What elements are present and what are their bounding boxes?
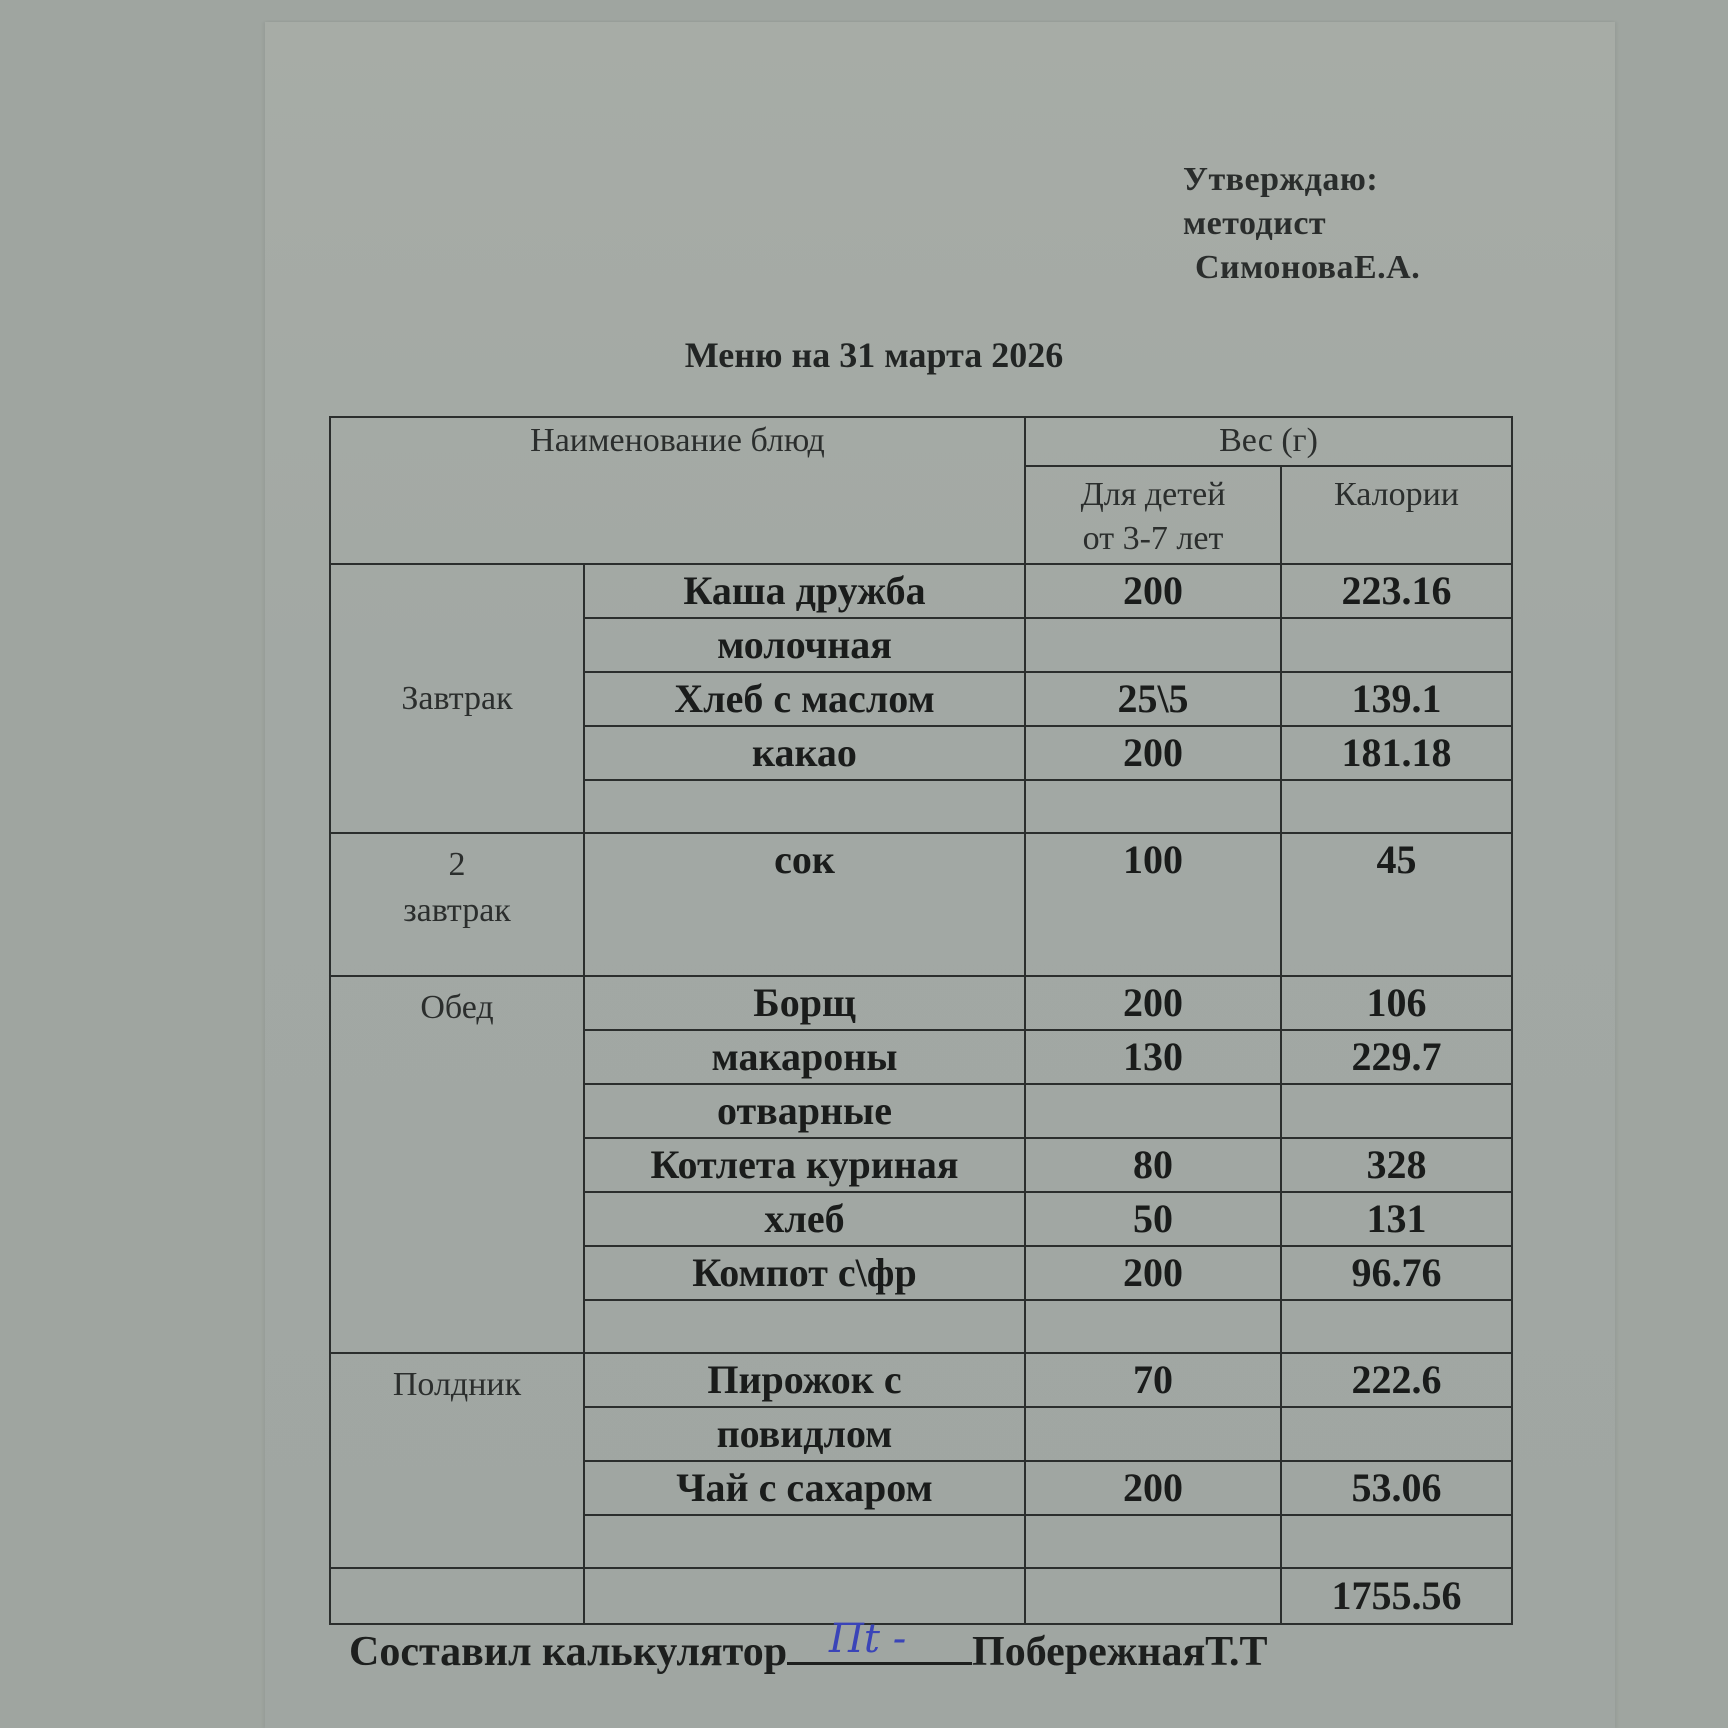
compiled-name: ПобережнаяТ.Т — [972, 1629, 1267, 1675]
weight-cell: 130 — [1025, 1030, 1281, 1084]
approval-block: Утверждаю: методист СимоноваЕ.А. — [1183, 158, 1420, 290]
meal-lunch: Обед — [330, 976, 584, 1353]
meal-second-breakfast-line2: завтрак — [331, 888, 583, 934]
meal-afternoon-snack: Полдник — [330, 1353, 584, 1568]
dish-cell: Борщ — [584, 976, 1025, 1030]
approval-title: Утверждаю: — [1183, 158, 1420, 202]
header-weight-group: Вес (г) — [1025, 417, 1512, 466]
weight-cell — [1025, 618, 1281, 672]
menu-table: Наименование блюд Вес (г) Для детей от 3… — [329, 416, 1513, 1625]
calories-cell — [1281, 1515, 1512, 1568]
dish-cell: Пирожок с — [584, 1353, 1025, 1407]
table-row: Завтрак Каша дружба 200 223.16 — [330, 564, 1512, 618]
weight-cell — [1025, 1300, 1281, 1353]
compiled-label: Составил калькулятор — [349, 1629, 787, 1675]
header-calories: Калории — [1281, 466, 1512, 564]
table-row: 2 завтрак сок 100 45 — [330, 833, 1512, 976]
weight-cell — [1025, 780, 1281, 833]
dish-cell: молочная — [584, 618, 1025, 672]
meal-second-breakfast-line1: 2 — [331, 842, 583, 888]
weight-cell — [1025, 1515, 1281, 1568]
dish-cell: какао — [584, 726, 1025, 780]
header-children-weight-line1: Для детей — [1026, 473, 1280, 517]
calories-cell: 96.76 — [1281, 1246, 1512, 1300]
total-empty-cell — [1025, 1568, 1281, 1624]
calories-cell: 229.7 — [1281, 1030, 1512, 1084]
dish-cell — [584, 780, 1025, 833]
dish-cell: Хлеб с маслом — [584, 672, 1025, 726]
dish-cell: Компот с\фр — [584, 1246, 1025, 1300]
weight-cell — [1025, 1407, 1281, 1461]
weight-cell — [1025, 1084, 1281, 1138]
calories-cell: 181.18 — [1281, 726, 1512, 780]
calories-cell: 223.16 — [1281, 564, 1512, 618]
weight-cell: 50 — [1025, 1192, 1281, 1246]
weight-cell: 200 — [1025, 726, 1281, 780]
dish-cell — [584, 1515, 1025, 1568]
weight-cell: 200 — [1025, 1246, 1281, 1300]
calories-cell — [1281, 618, 1512, 672]
weight-cell: 100 — [1025, 833, 1281, 976]
table-row: Полдник Пирожок с 70 222.6 — [330, 1353, 1512, 1407]
dish-cell: Котлета куриная — [584, 1138, 1025, 1192]
calories-cell: 106 — [1281, 976, 1512, 1030]
meal-breakfast: Завтрак — [330, 564, 584, 833]
weight-cell: 25\5 — [1025, 672, 1281, 726]
calories-cell: 222.6 — [1281, 1353, 1512, 1407]
meal-second-breakfast: 2 завтрак — [330, 833, 584, 976]
header-dish-name: Наименование блюд — [330, 417, 1025, 564]
calories-cell: 131 — [1281, 1192, 1512, 1246]
total-row: 1755.56 — [330, 1568, 1512, 1624]
header-children-weight: Для детей от 3-7 лет — [1025, 466, 1281, 564]
signature-line: Пt - — [787, 1622, 972, 1665]
weight-cell: 80 — [1025, 1138, 1281, 1192]
handwritten-signature: Пt - — [829, 1616, 906, 1662]
dish-cell: хлеб — [584, 1192, 1025, 1246]
approval-position: методист — [1183, 202, 1420, 246]
header-row: Наименование блюд Вес (г) — [330, 417, 1512, 466]
total-calories: 1755.56 — [1281, 1568, 1512, 1624]
calories-cell: 139.1 — [1281, 672, 1512, 726]
weight-cell: 200 — [1025, 976, 1281, 1030]
calories-cell: 328 — [1281, 1138, 1512, 1192]
dish-cell: Каша дружба — [584, 564, 1025, 618]
table-row: Обед Борщ 200 106 — [330, 976, 1512, 1030]
total-empty-cell — [330, 1568, 584, 1624]
weight-cell: 200 — [1025, 564, 1281, 618]
dish-cell: сок — [584, 833, 1025, 976]
dish-cell: макароны — [584, 1030, 1025, 1084]
weight-cell: 70 — [1025, 1353, 1281, 1407]
dish-cell: Чай с сахаром — [584, 1461, 1025, 1515]
dish-cell — [584, 1300, 1025, 1353]
total-empty-cell — [584, 1568, 1025, 1624]
dish-cell: повидлом — [584, 1407, 1025, 1461]
calories-cell — [1281, 1300, 1512, 1353]
menu-title: Меню на 31 марта 2026 — [0, 334, 1728, 376]
calories-cell: 53.06 — [1281, 1461, 1512, 1515]
dish-cell: отварные — [584, 1084, 1025, 1138]
calories-cell — [1281, 1407, 1512, 1461]
approval-name: СимоноваЕ.А. — [1183, 246, 1420, 290]
calories-cell — [1281, 1084, 1512, 1138]
compiled-by-line: Составил калькуляторПt -ПобережнаяТ.Т — [349, 1622, 1268, 1676]
header-children-weight-line2: от 3-7 лет — [1026, 517, 1280, 561]
calories-cell: 45 — [1281, 833, 1512, 976]
weight-cell: 200 — [1025, 1461, 1281, 1515]
calories-cell — [1281, 780, 1512, 833]
